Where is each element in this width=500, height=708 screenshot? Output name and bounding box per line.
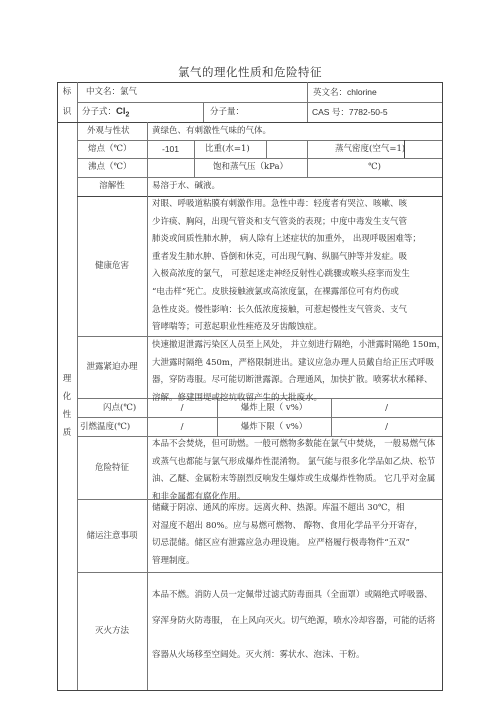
- health-line: 管哮喘等；可惹起职业性痤疮及牙齿酸蚀症。: [152, 319, 421, 337]
- leak-line: 大泄露时隔绝 450m，严格限制进出。建议应急办理人员戴自给正压式呼吸: [152, 355, 445, 373]
- specific-gravity-label: 比重(水=1): [205, 143, 250, 155]
- flash-point-label: 闪点(℃): [103, 402, 136, 414]
- flash-point-value: /: [147, 402, 217, 414]
- english-name: 英文名：chlorine: [313, 86, 377, 98]
- health-line: “电击样”死亡。皮肤接触液氯或高浓度氯，在裸露部位可有灼伤或: [152, 284, 421, 302]
- solubility-value: 易溶于水、碱液。: [152, 180, 220, 192]
- appearance-label: 外观与性状: [87, 125, 130, 137]
- health-line: 对眼、呼吸道粘膜有刺激作用。急性中毒：轻度者有哭泣、咳嗽、咳: [152, 196, 421, 214]
- vapor-pressure-value: ℃): [307, 161, 442, 173]
- section-label-properties-1: 理: [57, 373, 77, 385]
- melting-point-label: 熔点（℃）: [88, 143, 132, 155]
- upper-explosive-limit-label: 爆炸上限（ v%）: [217, 402, 331, 414]
- appearance-value: 黄绿色、有刺激性气味的气体。: [152, 125, 271, 137]
- hazard-characteristics-label: 危险特征: [77, 462, 147, 474]
- storage-line: 储藏于阴凉、通风的库房。远离火种、热源。库温不超出 30℃，相: [152, 500, 423, 518]
- health-line: 重者发生肺水肿、昏倒和休克，可出现气胸、纵膈气肿等并发症。吸: [152, 249, 421, 267]
- fire-line: 穿浑身防火防毒服， 在上风向灭火。切气绝源，喷水冷却容器，可能的话将: [152, 614, 435, 651]
- storage-text: 储藏于阴凉、通风的库房。远离火种、热源。库温不超出 30℃，相 对湿度不超出 8…: [152, 500, 423, 570]
- storage-label: 储运注意事项: [77, 530, 147, 542]
- hazard-line: 油、乙醚、金属粉末等剧烈反响发生爆炸或生成爆炸性物质。 它几乎对金属: [152, 471, 435, 489]
- section-label-properties-4: 质: [57, 427, 77, 439]
- section-label-properties-2: 化: [57, 391, 77, 403]
- ignition-temperature-label: 引燃温度(℃): [80, 421, 130, 433]
- melting-point-value: -101: [147, 143, 194, 155]
- molecular-weight: 分子量：: [210, 106, 244, 118]
- storage-line: 切忌混储。储区应有泄露应急办理设施。 应严格履行极毒物件“五双”: [152, 535, 423, 553]
- hazard-line: 本品不会焚烧，但可助燃。一般可燃物多数能在氯气中焚烧， 一般易燃气体: [152, 436, 435, 454]
- cas-number: CAS 号：7782-50-5: [312, 106, 388, 118]
- fire-line: 容器从火场移至空阔处。灭火剂：雾状水、泡沫、干粉。: [152, 651, 435, 681]
- health-hazard-text: 对眼、呼吸道粘膜有刺激作用。急性中毒：轻度者有哭泣、咳嗽、咳 少许痰、胸闷，出现…: [152, 196, 421, 337]
- formula-subscript: 2: [126, 112, 130, 119]
- fire-line: 本品不燃。消防人员一定佩带过滤式防毒面具（全面罩）或隔绝式呼吸器、: [152, 577, 435, 614]
- leak-emergency-label: 泄露紧迫办理: [77, 361, 147, 373]
- lower-explosive-limit-value: /: [331, 421, 442, 433]
- leak-line: 器，穿防毒服。尽可能切断泄露源。合理通风，加快扩散。喷雾状水稀释、: [152, 372, 445, 390]
- lower-explosive-limit-label: 爆炸下限（ v%）: [217, 421, 331, 433]
- fire-fighting-label: 灭火方法: [77, 625, 147, 637]
- leak-line: 快速撤退泄露污染区人员至上风处， 并立刻进行隔绝，小泄露时隔绝 150m，: [152, 337, 445, 355]
- chinese-name: 中文名：氯气: [86, 86, 137, 98]
- section-label-properties-3: 性: [57, 409, 77, 421]
- section-label-identification-2: 识: [57, 106, 77, 118]
- formula-label: 分子式：: [82, 107, 116, 117]
- fire-fighting-text: 本品不燃。消防人员一定佩带过滤式防毒面具（全面罩）或隔绝式呼吸器、 穿浑身防火防…: [152, 577, 435, 681]
- health-line: 急性皮炎。慢性影响：长久低浓度接触，可惹起慢性支气管炎、支气: [152, 302, 421, 320]
- leak-emergency-text: 快速撤退泄露污染区人员至上风处， 并立刻进行隔绝，小泄露时隔绝 150m， 大泄…: [152, 337, 445, 407]
- health-line: 少许痰、胸闷，出现气管炎和支气管炎的表现；中度中毒发生支气管: [152, 214, 421, 232]
- hazard-characteristics-text: 本品不会焚烧，但可助燃。一般可燃物多数能在氯气中焚烧， 一般易燃气体 或蒸气也都…: [152, 436, 435, 506]
- vapor-density-label: 蒸气密度(空气=1): [335, 143, 405, 155]
- health-hazard-label: 健康危害: [77, 260, 147, 272]
- ignition-temperature-value: /: [147, 421, 217, 433]
- health-line: 入极高浓度的氯气， 可惹起迷走神经反射性心跳骤或喉头痉挛而发生: [152, 266, 421, 284]
- section-label-identification-1: 标: [57, 86, 77, 98]
- storage-line: 管理制度。: [152, 553, 423, 571]
- molecular-formula: 分子式：Cl2: [82, 106, 129, 122]
- formula-value: Cl: [116, 106, 126, 117]
- boiling-point-label: 沸点（℃）: [88, 161, 132, 173]
- vapor-pressure-label: 饱和蒸气压（kPa）: [194, 161, 307, 173]
- storage-line: 对湿度不超出 80%。应与易燃可燃物、 醇物、食用化学品平分开寄存，: [152, 518, 423, 536]
- upper-explosive-limit-value: /: [331, 402, 442, 414]
- document-title: 氯气的理化性质和危险特征: [0, 64, 500, 80]
- hazard-line: 或蒸气也都能与氯气形成爆炸性混淆物。 氯气能与很多化学品如乙炔、松节: [152, 454, 435, 472]
- solubility-label: 溶解性: [77, 180, 147, 192]
- health-line: 肺炎或间质性肺水肿， 病人除有上述症状的加重外， 出现呼吸困难等；: [152, 231, 421, 249]
